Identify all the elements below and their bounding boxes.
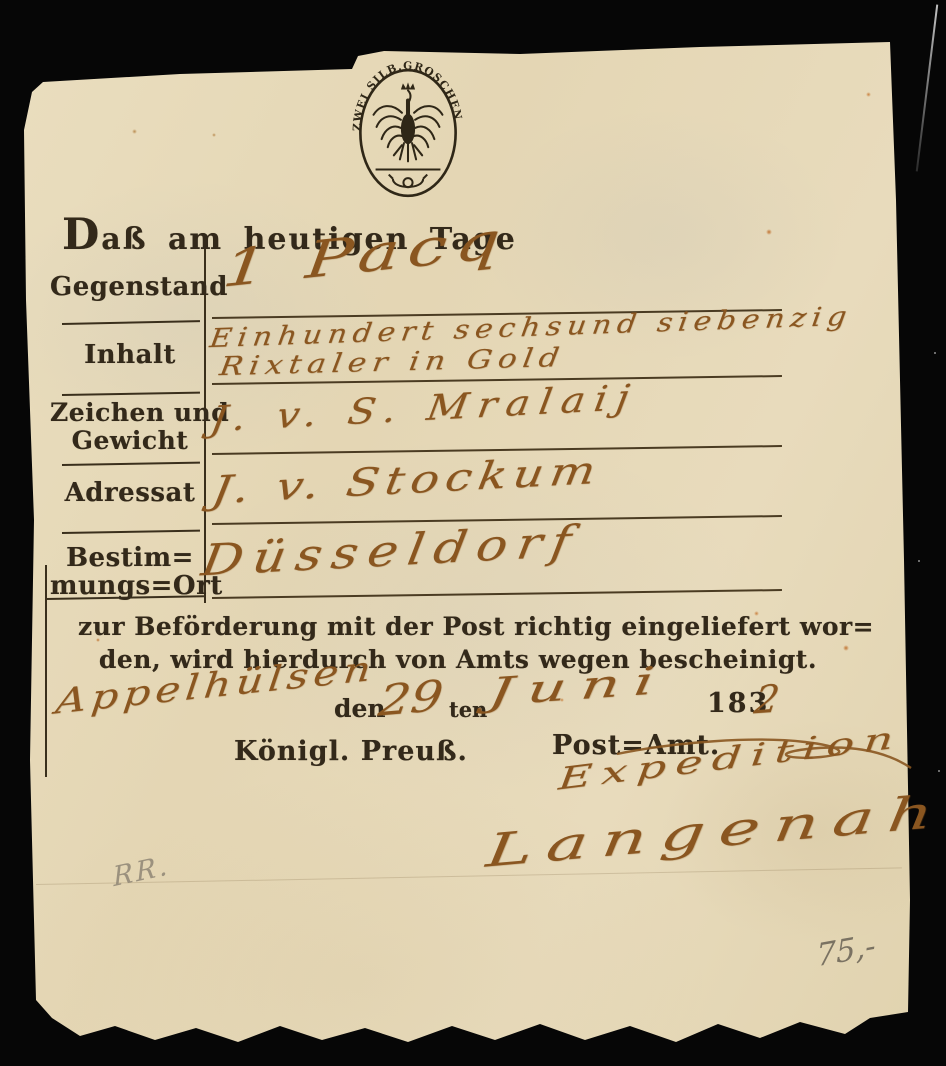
photo-background: ZWEI SILB.GROSCHEN Daß am heutigen Tage bbox=[0, 0, 946, 1066]
photo-speck bbox=[938, 770, 940, 772]
photo-scratch bbox=[916, 5, 938, 172]
dateline-ten-label: ten bbox=[449, 697, 487, 722]
label-zeichen-line1: Zeichen und bbox=[50, 398, 210, 427]
issuer-royal: Königl. Preuß. bbox=[234, 736, 468, 767]
eagle-icon bbox=[374, 82, 443, 161]
post-horn-icon bbox=[389, 175, 428, 188]
label-inhalt: Inhalt bbox=[50, 340, 210, 370]
photo-speck bbox=[918, 560, 920, 562]
label-adressat: Adressat bbox=[50, 478, 210, 508]
certification-line1: zur Beförderung mit der Post richtig ein… bbox=[78, 612, 838, 641]
label-zeichen-line2: Gewicht bbox=[50, 426, 210, 455]
left-margin-line bbox=[45, 565, 47, 777]
dateline-day-script: 29 bbox=[376, 670, 446, 725]
photo-speck bbox=[934, 352, 936, 354]
two-silbergroschen-stamp: ZWEI SILB.GROSCHEN bbox=[346, 56, 470, 208]
label-gegenstand: Gegenstand bbox=[50, 272, 210, 302]
label-bestimmungsort-line2: mungs=Ort bbox=[50, 571, 210, 601]
label-bestimmungsort-line1: Bestim= bbox=[50, 543, 210, 573]
